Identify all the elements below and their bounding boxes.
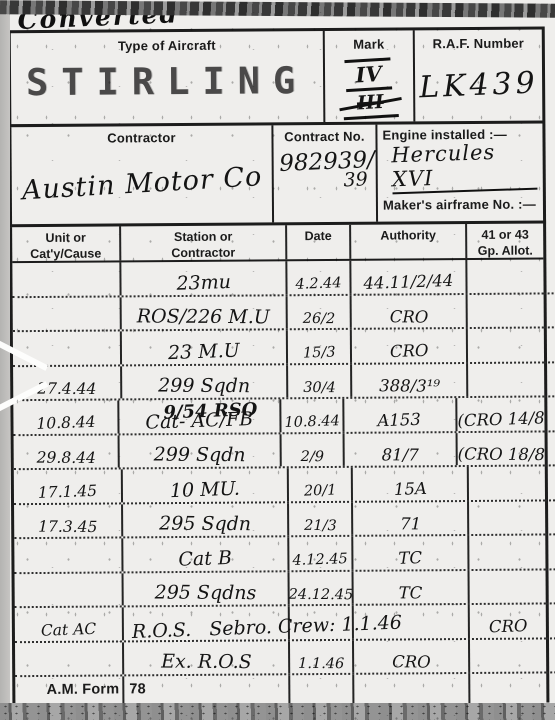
unit-category-cause-cell	[15, 642, 122, 675]
station-or-contractor-cell: Ex. R.O.S	[122, 641, 288, 675]
group-allot-cell	[467, 501, 545, 534]
authority-cell: CRO	[352, 640, 468, 673]
mark-crossed-out-value: III	[342, 89, 398, 120]
unit-category-cause-cell: 10.8.44	[13, 400, 118, 433]
mark-cell: Mark IV III	[323, 30, 414, 122]
table-row: Cat B 4.12.45 TC	[14, 535, 545, 573]
date-value: 21/3	[304, 518, 337, 533]
table-row: 295 Sqdns 24.12.45 TC	[15, 570, 546, 608]
station-or-contractor-value: 10 MU.	[170, 479, 241, 500]
authority-cell: 388/3¹⁹	[350, 364, 466, 397]
group-allot-value: (CRO 18/8	[457, 446, 544, 463]
station-or-contractor-value: 299 Sqdn	[154, 446, 246, 466]
unit-category-cause-value: 29.8.44	[36, 450, 95, 466]
date-value: 15/3	[302, 345, 335, 361]
station-or-contractor-value: 299 Sqdn	[158, 377, 250, 397]
contract-number-cell: Contract No. 982939/39	[271, 125, 376, 223]
station-or-contractor-cell: 299 Sqdn	[120, 365, 286, 399]
station-or-contractor-value: ROS/226 M.U	[137, 307, 270, 327]
unit-category-cause-value: 10.8.44	[36, 415, 96, 433]
footer-spacer-date	[288, 675, 352, 704]
unit-category-cause-cell	[13, 297, 120, 330]
date-value: 10.8.44	[284, 414, 340, 430]
date-cell: 4.2.44	[285, 261, 349, 294]
date-cell: 1.1.46	[288, 640, 352, 673]
authority-value: 81/7	[381, 447, 418, 464]
station-or-contractor-value: 295 Sqdn	[159, 515, 251, 535]
form-name-label: A.M. Form	[47, 681, 120, 698]
station-or-contractor-cell: R.O.S. Sebro. Crew: 1.1.46	[122, 606, 288, 640]
engine-cell: Engine installed :— Hercules XVI Maker's…	[375, 123, 543, 221]
unit-category-cause-cell	[14, 538, 121, 571]
station-or-contractor-cell: ROS/226 M.U	[120, 296, 286, 330]
makers-airframe-label: Maker's airframe No. :—	[378, 194, 543, 214]
group-allot-cell	[467, 466, 545, 499]
group-allot-cell	[468, 570, 546, 603]
group-allot-cell	[467, 535, 545, 568]
type-of-aircraft-cell: Type of Aircraft STIRLING	[11, 31, 324, 124]
table-row: 23 M.U 15/3 CRO	[13, 328, 544, 366]
authority-value: TC	[399, 585, 423, 602]
unit-category-cause-cell: 17.1.45	[14, 469, 121, 502]
group-allot-cell	[468, 639, 546, 672]
date-cell: 2/9	[280, 433, 343, 466]
station-or-contractor-value: 23mu	[176, 272, 231, 293]
unit-category-cause-cell: Cat AC	[15, 607, 122, 640]
group-allot-value: (CRO 14/8	[457, 410, 545, 430]
column-header-group-allot: 41 or 43 Gp. Allot.	[465, 223, 543, 258]
authority-value: 388/3¹⁹	[379, 378, 440, 395]
contract-number-label: Contract No.	[273, 129, 375, 146]
authority-cell: 71	[351, 502, 467, 535]
footer-spacer-allot	[468, 673, 546, 703]
group-allot-cell	[465, 259, 543, 292]
authority-cell: TC	[352, 571, 468, 604]
engine-installed-value: Hercules XVI	[391, 139, 538, 195]
authority-value: TC	[398, 550, 422, 567]
station-or-contractor-value: Cat B	[178, 548, 232, 569]
station-or-contractor-value: 23 M.U	[168, 341, 240, 362]
authority-value: CRO	[389, 309, 428, 326]
unit-category-cause-cell	[12, 262, 119, 295]
unit-category-cause-cell	[15, 573, 122, 606]
column-header-date: Date	[285, 225, 349, 259]
footer-spacer-authority	[352, 674, 468, 704]
table-row: 17.1.45 10 MU. 20/1 15A	[14, 466, 545, 504]
station-or-contractor-cell: 10 MU.	[121, 468, 287, 502]
table-row: ROS/226 M.U 26/2 CRO	[13, 294, 544, 332]
station-or-contractor-cell: 23 M.U	[120, 330, 286, 364]
mark-value: IV	[344, 58, 392, 93]
contractor-label: Contractor	[11, 129, 271, 147]
date-value: 26/2	[302, 311, 335, 326]
table-row: 29.8.44 299 Sqdn 2/9 81/7 (CRO 18/8	[14, 432, 545, 470]
date-cell: 24.12.45	[288, 571, 352, 604]
authority-cell: CRO	[350, 295, 466, 328]
authority-value: 44.11/2/44	[363, 273, 453, 293]
movement-table-body: 23mu 4.2.44 44.11/2/44 ROS/226 M.U 26/2 …	[12, 259, 546, 677]
table-row: Ex. R.O.S 1.1.46 CRO	[15, 639, 546, 677]
date-value: 4.2.44	[295, 276, 342, 292]
date-cell: 21/3	[287, 502, 351, 535]
station-or-contractor-cell: 295 Sqdn	[121, 503, 287, 537]
authority-cell: A153	[342, 398, 455, 431]
table-row: 23mu 4.2.44 44.11/2/44	[12, 259, 543, 297]
unit-category-cause-value: 17.1.45	[38, 484, 98, 502]
aircraft-identity-section: Type of Aircraft STIRLING Mark IV III R.…	[8, 26, 546, 127]
mark-label: Mark	[325, 36, 413, 53]
authority-cell: 81/7	[342, 433, 455, 466]
date-value: 20/1	[303, 483, 336, 499]
column-header-authority: Authority	[349, 224, 465, 259]
unit-category-cause-cell: 17.3.45	[14, 504, 121, 537]
station-or-contractor-cell: 295 Sqdns	[122, 572, 288, 606]
scanned-form-page: Converted Type of Aircraft STIRLING Mark…	[0, 0, 555, 720]
authority-value: 15A	[393, 481, 426, 499]
am-form-78-card: Converted Type of Aircraft STIRLING Mark…	[8, 26, 550, 706]
station-overlap-note: 9/54 RSO	[163, 401, 258, 422]
date-value: 2/9	[300, 450, 323, 465]
table-row: 17.3.45 295 Sqdn 21/3 71	[14, 501, 545, 539]
aircraft-type-value: STIRLING	[11, 59, 323, 104]
date-cell: 20/1	[287, 468, 351, 501]
date-cell: 4.12.45	[287, 537, 351, 570]
authority-cell: CRO	[350, 329, 466, 362]
column-header-station: Station or Contractor	[119, 225, 285, 260]
authority-cell: 15A	[351, 467, 467, 500]
date-cell: 15/3	[286, 330, 350, 363]
authority-value: CRO	[389, 343, 428, 361]
date-value: 1.1.46	[298, 656, 344, 671]
table-row: Cat AC R.O.S. Sebro. Crew: 1.1.46 CRO	[15, 604, 546, 642]
date-value: 24.12.45	[288, 587, 353, 602]
mark-handwritten-stack: IV III	[340, 57, 398, 120]
raf-number-cell: R.A.F. Number LK439	[413, 29, 543, 121]
raf-number-value: LK439	[418, 66, 539, 106]
group-allot-cell	[466, 328, 544, 361]
type-of-aircraft-label: Type of Aircraft	[11, 37, 323, 55]
unit-category-cause-cell: 29.8.44	[14, 435, 119, 468]
contractor-value: Austin Motor Co	[21, 161, 263, 206]
group-allot-value: CRO	[488, 618, 527, 636]
group-allot-cell: CRO	[468, 604, 546, 637]
form-footer-row: A.M. Form 78	[15, 673, 546, 706]
contractor-cell: Contractor Austin Motor Co	[11, 125, 272, 224]
scan-artifact-left-edge	[0, 14, 10, 705]
table-row: 10.8.44 9/54 RSOCat- AC/FB 10.8.44 A153 …	[13, 397, 544, 435]
station-or-contractor-cell: 299 Sqdn	[118, 434, 280, 468]
authority-value: A153	[378, 412, 422, 430]
group-allot-cell	[466, 294, 544, 327]
date-cell: 10.8.44	[279, 399, 342, 432]
table-header-row: Unit or Cat'y/Cause Station or Contracto…	[12, 223, 543, 263]
table-row: 27.4.44 299 Sqdn 30/4 388/3¹⁹	[13, 363, 544, 401]
group-allot-cell: (CRO 18/8	[455, 432, 545, 465]
station-or-contractor-cell: 9/54 RSOCat- AC/FB	[118, 399, 280, 433]
authority-value: 71	[400, 516, 421, 533]
contract-number-value: 982939/39	[279, 149, 376, 193]
date-cell: 26/2	[286, 295, 350, 328]
group-allot-cell	[466, 363, 544, 396]
authority-cell: 44.11/2/44	[349, 260, 465, 293]
station-or-contractor-value: 295 Sqdns	[155, 583, 257, 603]
authority-cell: TC	[351, 536, 467, 569]
authority-value: CRO	[392, 654, 431, 671]
column-header-unit-category: Unit or Cat'y/Cause	[12, 226, 119, 261]
date-value: 30/4	[303, 380, 336, 395]
scan-artifact-bottom-band	[0, 703, 555, 720]
date-value: 4.12.45	[293, 552, 349, 568]
station-or-contractor-cell: 23mu	[119, 261, 285, 295]
unit-category-cause-value: 17.3.45	[38, 519, 97, 535]
station-or-contractor-cell: Cat B	[121, 537, 287, 571]
movement-history-table: Unit or Cat'y/Cause Station or Contracto…	[9, 223, 549, 706]
unit-category-cause-value: Cat AC	[41, 622, 97, 639]
form-number-label: 78	[129, 681, 146, 697]
group-allot-cell: (CRO 14/8	[455, 397, 545, 430]
raf-number-label: R.A.F. Number	[415, 35, 542, 52]
contract-section: Contractor Austin Motor Co Contract No. …	[8, 123, 546, 227]
date-cell: 30/4	[286, 364, 350, 397]
station-or-contractor-value: Ex. R.O.S	[161, 653, 252, 673]
